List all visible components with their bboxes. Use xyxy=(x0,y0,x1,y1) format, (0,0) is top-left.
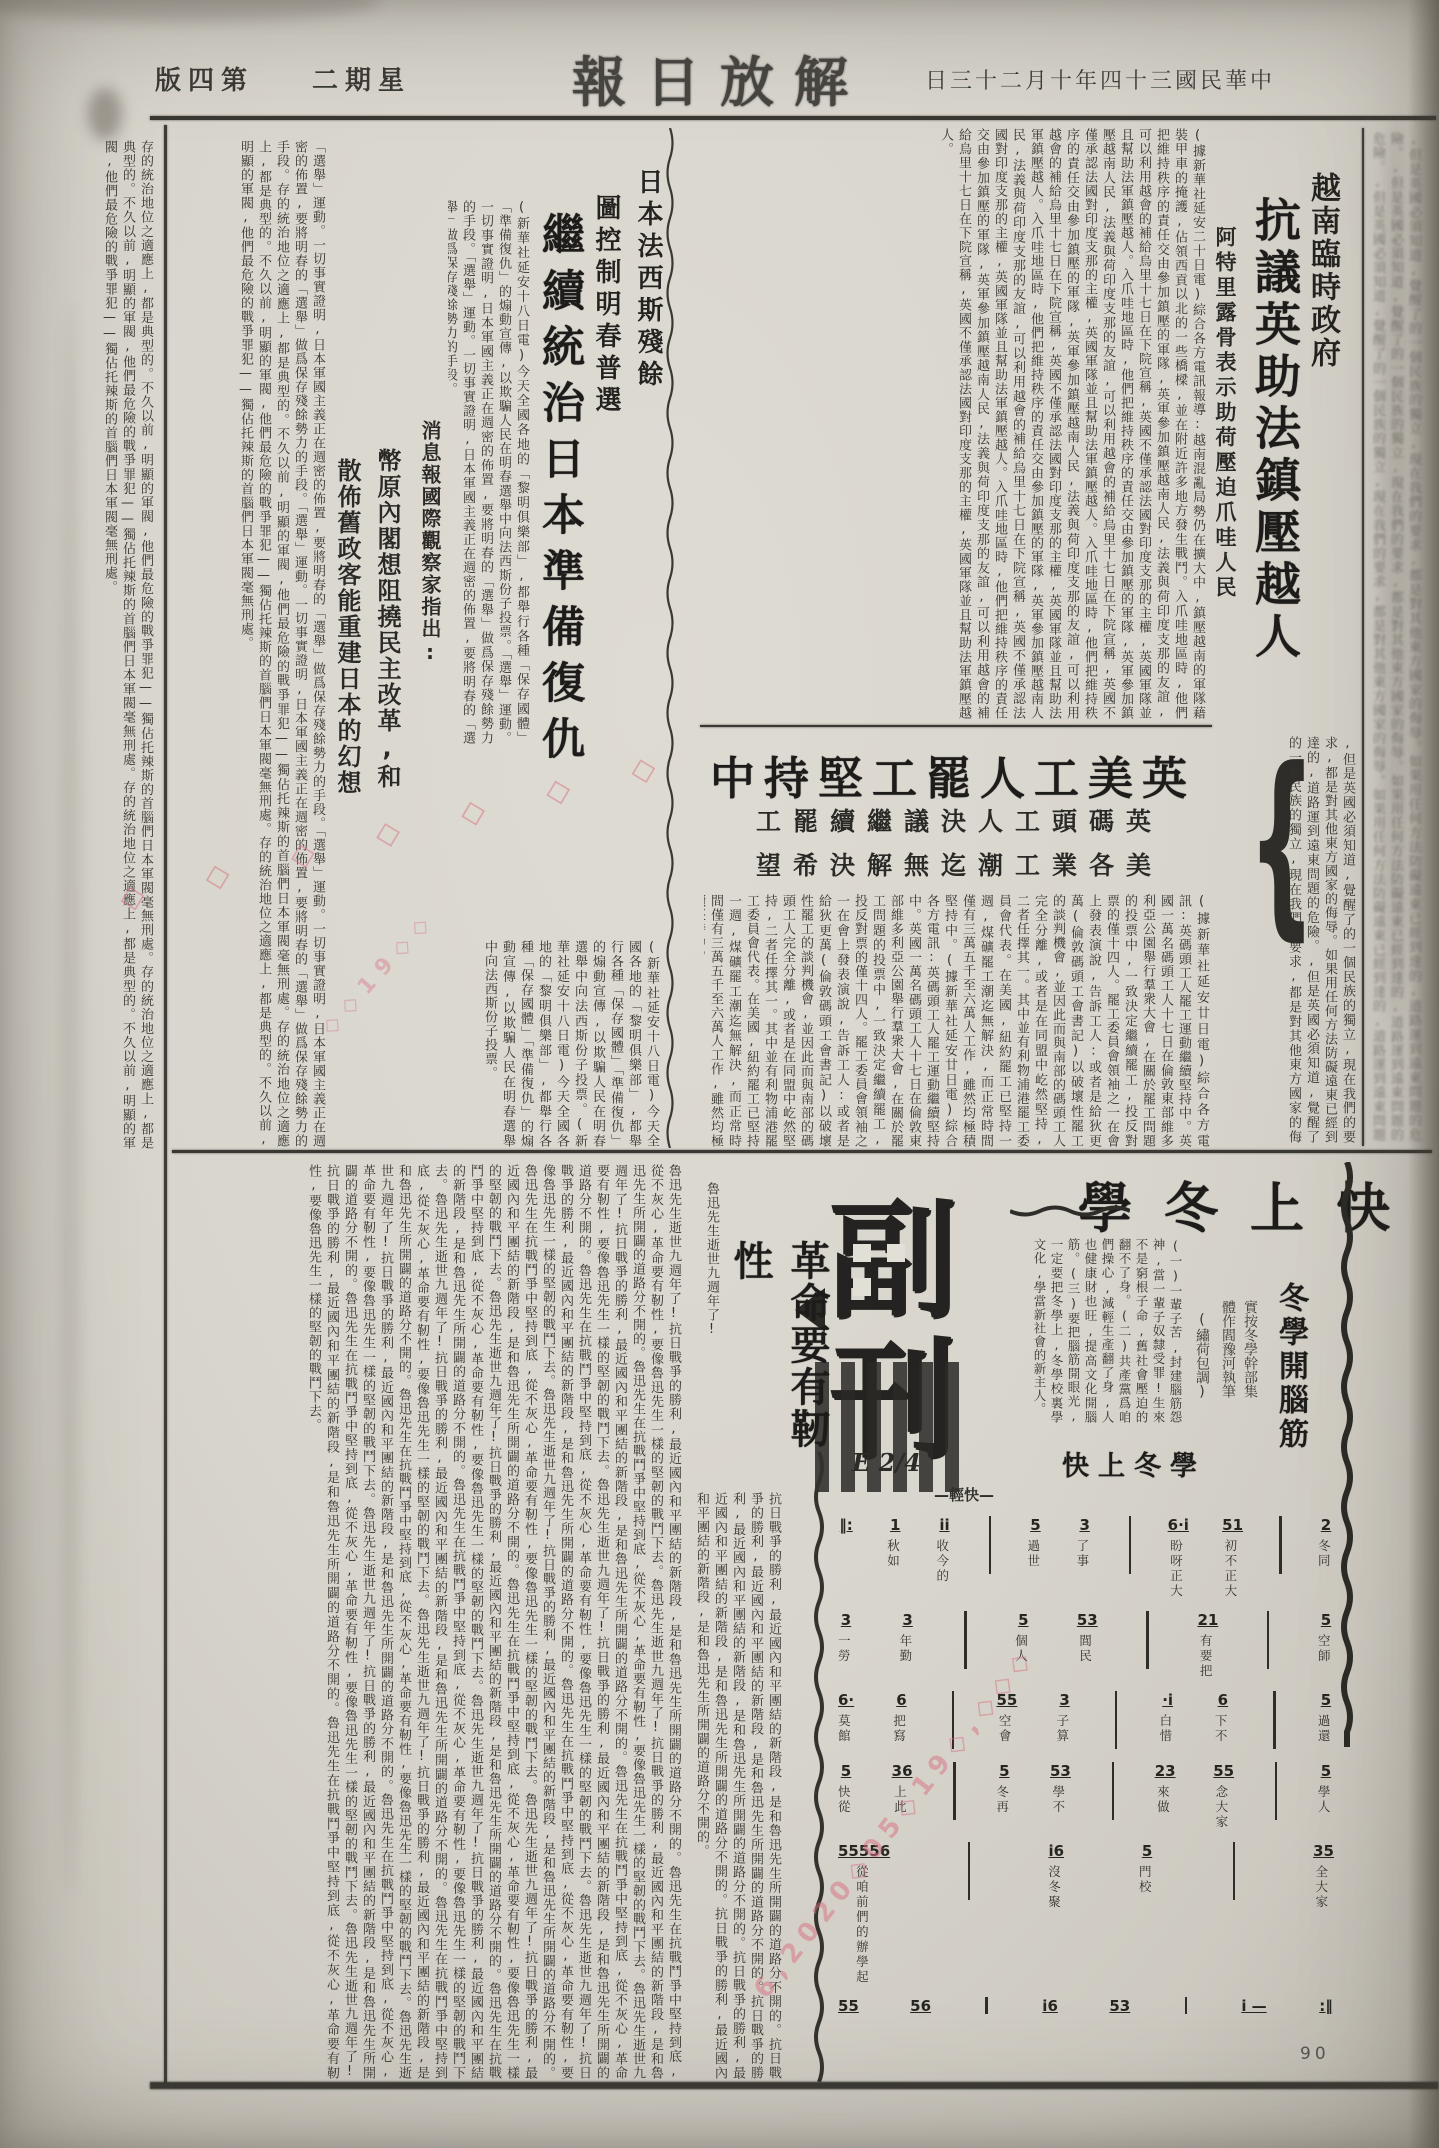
japan-kicker-2: 圖控制明春普選 xyxy=(588,194,625,484)
japan-body-left: 「選舉」運動。一切事實證明,日本軍國主義正在週密的佈置,要將明春的「選舉」做爲保… xyxy=(176,140,326,1148)
note-cell: 53閭民 xyxy=(1077,1611,1098,1663)
music-system-row: 6·莫館6把寫55空會3子算·i白惜6下不5過還 xyxy=(838,1691,1334,1749)
japan-body-right: (新華社延安十八日電)今天全國各地的「黎明俱樂部」,都舉行各種「保存國體」「準備… xyxy=(448,200,530,745)
song-credit-1: 實按冬學幹部集 xyxy=(1240,1300,1260,1430)
margin-smudge-text: ,但是英國必須知道,覺醒了的一個民族的獨立,現在我們的要求,都是對其他東方國家的… xyxy=(1370,132,1422,1142)
note-cell: 55556從咱前們的辦學起 xyxy=(838,1842,890,1984)
song-credit-2: 體作閻豫河執筆 xyxy=(1218,1300,1238,1430)
note-cell: 1秋如 xyxy=(887,1516,903,1568)
note-cell: ii收今的 xyxy=(936,1516,952,1583)
note-cell: 5過還 xyxy=(1318,1691,1334,1743)
essay-under-headline: 抗日戰爭的勝利,最近國內和平團結的新階段,是和魯迅先生所開闢的道路分不開的。抗日… xyxy=(690,1492,782,2080)
note-cell: i6沒文把身 xyxy=(1042,1997,1058,2014)
tempo-mark: —輕快— xyxy=(934,1484,994,1505)
note-cell: 2冬同 xyxy=(1318,1516,1334,1568)
barline xyxy=(1267,1611,1270,1669)
barline xyxy=(1146,1611,1149,1669)
note-cell: i6沒冬聚 xyxy=(1048,1842,1064,1909)
barline xyxy=(953,1762,956,1820)
note-cell: 5快從 xyxy=(838,1762,854,1814)
song-tune: (繡荷包調) xyxy=(1192,1312,1212,1442)
music-notation: ‖:1秋如ii收今的5過世3了事6·i盼呀正大51初不正大2冬同3一勞3年勤5個… xyxy=(838,1516,1334,2014)
top-rule xyxy=(150,116,1436,120)
section-rule xyxy=(700,725,1212,727)
barline xyxy=(1112,1762,1115,1820)
barline xyxy=(1185,1997,1188,2014)
note-cell: i —身人 xyxy=(1241,1997,1266,2014)
bottom-rule xyxy=(150,2082,1438,2089)
newspaper-page: 版四第 二期星 報日放解 日三十二月十年四十三國民華中 ,但是英國必須知道,覺醒… xyxy=(0,0,1439,2148)
strike-subhead-1: 工罷續繼議決人工頭碼英 xyxy=(756,802,1163,838)
japan-subhead-col2: 散佈舊政客能重建日本的幻想 xyxy=(330,458,365,818)
note-cell: 56叫人本領 xyxy=(910,1997,931,2014)
music-system-row: 5快從36上此5冬再53學不23來做55念大家5學人 xyxy=(838,1762,1334,1829)
note-cell: 53化翻 xyxy=(1109,1997,1130,2014)
strike-headline: 中持堅工罷人工美英 xyxy=(710,742,1210,807)
banner-underline-squiggle xyxy=(1010,1204,1130,1218)
note-cell: 21有要把 xyxy=(1197,1611,1218,1678)
masthead: 報日放解 xyxy=(572,40,868,117)
note-cell: 35全大家 xyxy=(1313,1842,1334,1909)
note-cell: 5冬再 xyxy=(996,1762,1012,1814)
vietnam-body: (據新華社延安二十日電)綜合各方電訊報導:越南混亂局勢仍在擴大中,鎮壓越南的軍隊… xyxy=(706,128,1206,720)
note-cell: 6·莫館 xyxy=(838,1691,854,1743)
note-cell: 6·i盼呀正大 xyxy=(1168,1516,1189,1598)
note-cell: 5過世 xyxy=(1027,1516,1043,1568)
date-line: 日三十二月十年四十三國民華中 xyxy=(925,64,1275,95)
barline xyxy=(989,1516,992,1574)
note-cell: 55空會 xyxy=(996,1691,1017,1743)
essay-body: 魯迅先生逝世九週年了!抗日戰爭的勝利,最近國內和平團結的新階段,是和魯迅先生所開… xyxy=(176,1164,682,2080)
strike-subhead-2: 望希決解無迄潮工業各美 xyxy=(756,846,1163,882)
note-cell: :‖ xyxy=(1318,1997,1334,2014)
score-title: 快上冬學 xyxy=(1062,1444,1206,1483)
note-cell: 5個人 xyxy=(1015,1611,1031,1663)
barline xyxy=(964,1611,967,1669)
weekday-label: 二期星 xyxy=(312,60,411,97)
vietnam-body-tail: ,但是英國必須知道,覺醒了的一個民族的獨立,現在我們的要求,都是對其他東方國家的… xyxy=(1286,736,1356,1144)
note-cell: 3子算 xyxy=(1057,1691,1073,1743)
note-cell: 3年勤 xyxy=(900,1611,916,1663)
scan-smudge xyxy=(60,300,80,1900)
note-cell: 36上此 xyxy=(892,1762,913,1814)
barline xyxy=(952,1691,955,1749)
barline xyxy=(1115,1691,1118,1749)
music-system-row: 3一勞3年勤5個人53閭民21有要把5空師 xyxy=(838,1611,1334,1678)
song-verses: (一)一輩子苦,封建腦筋怨神,當一輩子奴隸受罪!生來不是窮根子命,舊社會壓迫的翻… xyxy=(988,1238,1184,1424)
note-cell: 55念大家 xyxy=(1213,1762,1234,1829)
music-divider-squiggle xyxy=(812,1452,826,2082)
japan-kicker-1: 日本法西斯殘餘 xyxy=(630,168,667,428)
bracket-squiggle xyxy=(1340,1162,1354,1747)
barline xyxy=(968,1842,971,1900)
note-cell: 5門校 xyxy=(1139,1842,1155,1894)
left-fold-rule xyxy=(164,125,167,2085)
barline xyxy=(1273,1691,1276,1749)
song-title: 冬學開腦筋 xyxy=(1268,1282,1312,1452)
japan-subhead-col1: 幣原內閣想阻撓民主改革,和 xyxy=(370,448,405,808)
note-cell: 53學不 xyxy=(1050,1762,1071,1814)
note-cell: ·i白惜 xyxy=(1160,1691,1176,1743)
essay-lead: 魯迅先生逝世九週年了! xyxy=(686,1182,720,1472)
barline xyxy=(985,1997,988,2014)
japan-body-bottom: (新華社延安十八日電)今天全國各地的「黎明俱樂部」,都舉行各種「保存國體」「準備… xyxy=(330,940,660,1148)
note-cell: 3了事 xyxy=(1077,1516,1093,1568)
note-cell: ‖: xyxy=(838,1516,854,1538)
note-cell: 6下不 xyxy=(1215,1691,1231,1743)
note-cell: 5空師 xyxy=(1318,1611,1334,1663)
strike-body: (據新華社延安廿日電)綜合各方電訊:英碼頭工人罷工運動繼續堅持中。英國一萬名碼頭… xyxy=(704,894,1210,1148)
music-system-row: ‖:1秋如ii收今的5過世3了事6·i盼呀正大51初不正大2冬同 xyxy=(838,1516,1334,1598)
note-cell: 51初不正大 xyxy=(1222,1516,1243,1598)
supplement-rule xyxy=(172,1150,1432,1153)
note-cell: 6把寫 xyxy=(893,1691,909,1743)
vietnam-headline: 抗議英助法鎮壓越人 xyxy=(1242,196,1308,696)
music-system-row: 55咱們學會56叫人本領i6沒文把身53化翻i —身人:‖ xyxy=(838,1997,1334,2014)
japan-attribution: 消息報國際觀察家指出: xyxy=(416,420,445,720)
key-signature: E 2/4 xyxy=(852,1448,921,1477)
vietnam-subhead: 阿特里露骨表示助荷壓迫爪哇人民 xyxy=(1210,226,1240,646)
barline xyxy=(1275,1762,1278,1820)
scan-smudge xyxy=(0,0,380,22)
page-number: 90 xyxy=(1300,2044,1330,2064)
note-cell: 23來做 xyxy=(1155,1762,1176,1814)
note-cell: 55咱們學會 xyxy=(838,1997,859,2014)
scan-smudge xyxy=(88,88,122,140)
music-system-row: 55556從咱前們的辦學起i6沒冬聚5門校35全大家 xyxy=(838,1842,1334,1984)
essay-headline: 革命要有靭性 xyxy=(722,1240,836,1490)
barline xyxy=(1279,1516,1282,1574)
note-cell: 3一勞 xyxy=(838,1611,854,1663)
margin-rule xyxy=(1362,128,1364,1146)
edition-label: 版四第 xyxy=(155,60,254,97)
outer-left-column: 存的統治地位之適應上,都是典型的。不久以前,明顯的軍閥,他們最危險的戰爭罪犯——… xyxy=(92,140,154,1150)
note-cell: 5學人 xyxy=(1318,1762,1334,1814)
barline xyxy=(1129,1516,1132,1574)
japan-headline: 繼續統治日本準備復仇 xyxy=(530,212,591,812)
barline xyxy=(1233,1842,1236,1900)
